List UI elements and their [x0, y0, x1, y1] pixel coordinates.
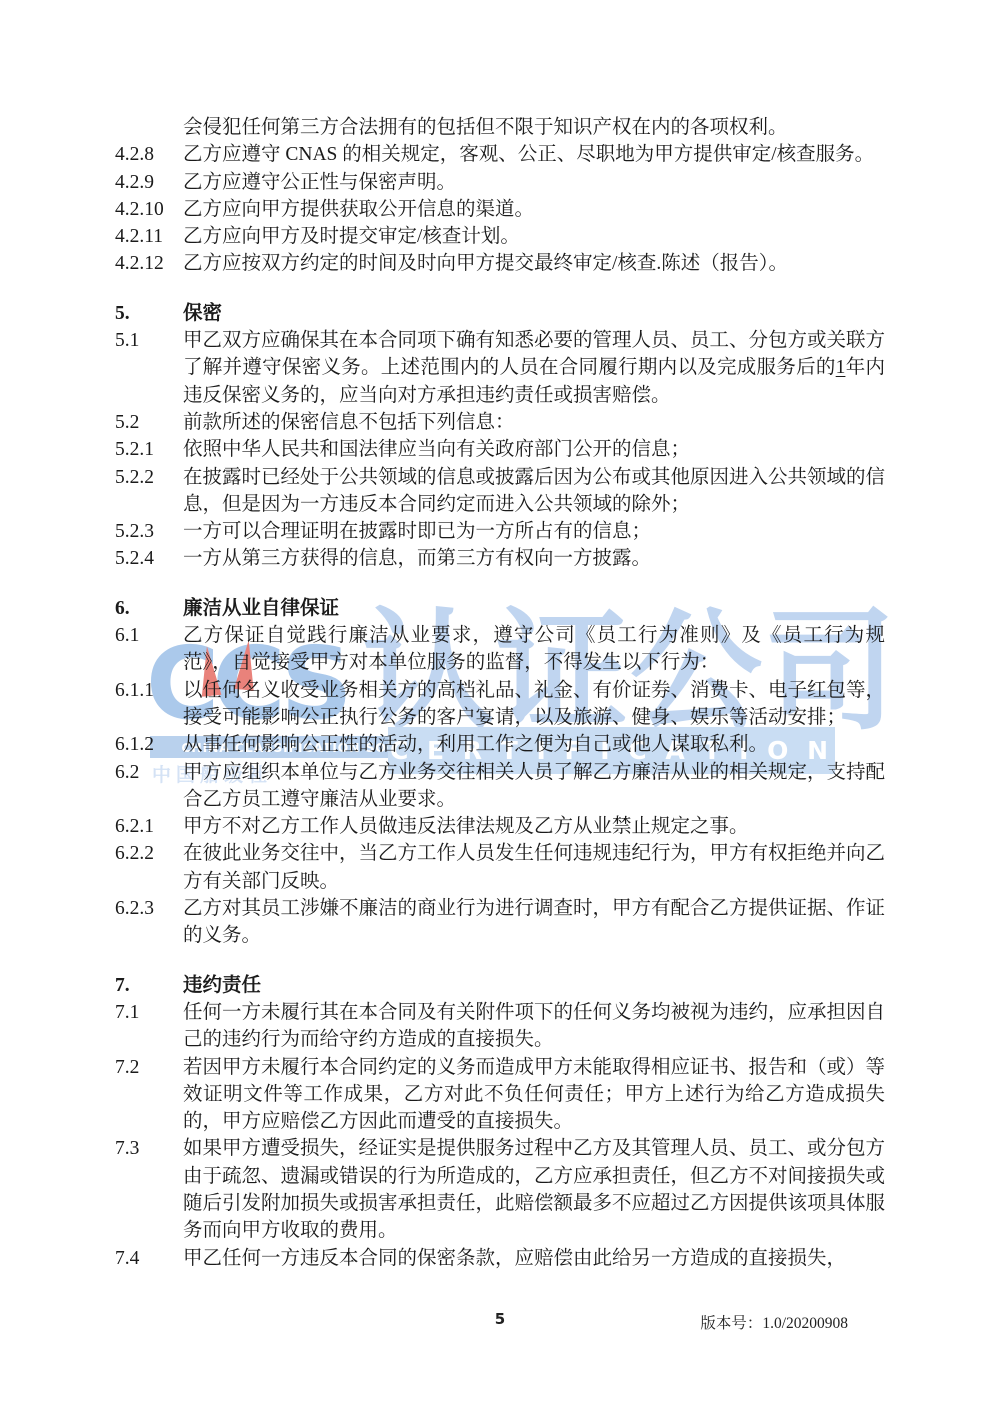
- clause-text: 依照中华人民共和国法律应当向有关政府部门公开的信息；: [183, 436, 885, 463]
- clause-number: 7.1: [115, 999, 183, 1054]
- section-title: 违约责任: [183, 972, 885, 999]
- page-number: 5: [0, 1310, 1000, 1328]
- clause-text: 从事任何影响公正性的活动，利用工作之便为自己或他人谋取私利。: [183, 731, 885, 758]
- clause-text: 乙方应按双方约定的时间及时向甲方提交最终审定/核查.陈述（报告）。: [183, 250, 885, 277]
- clause-text-pre: 甲乙双方应确保其在本合同项下确有知悉必要的管理人员、员工、分包方或关联方了解并遵…: [183, 330, 885, 378]
- clause-text: 乙方应向甲方提供获取公开信息的渠道。: [183, 196, 885, 223]
- clause-number: 4.2.9: [115, 169, 183, 196]
- clause-text: 如果甲方遭受损失，经证实是提供服务过程中乙方及其管理人员、员工、或分包方由于疏忽…: [183, 1135, 885, 1244]
- clause-7-2: 7.2 若因甲方未履行本合同约定的义务而造成甲方未能取得相应证书、报告和（或）等…: [115, 1054, 885, 1136]
- clause-text: 甲乙双方应确保其在本合同项下确有知悉必要的管理人员、员工、分包方或关联方了解并遵…: [183, 327, 885, 409]
- clause-text: 甲乙任何一方违反本合同的保密条款，应赔偿由此给另一方造成的直接损失，: [183, 1245, 885, 1272]
- clause-number: 5.2.4: [115, 545, 183, 572]
- clause-number: 6.2.1: [115, 813, 183, 840]
- clause-5-2: 5.2 前款所述的保密信息不包括下列信息：: [115, 409, 885, 436]
- clause-text: 前款所述的保密信息不包括下列信息：: [183, 409, 885, 436]
- clause-text: 一方可以合理证明在披露时即已为一方所占有的信息；: [183, 518, 885, 545]
- clause-text: 乙方应遵守公正性与保密声明。: [183, 169, 885, 196]
- clause-5-2-1: 5.2.1 依照中华人民共和国法律应当向有关政府部门公开的信息；: [115, 436, 885, 463]
- clause-number: 6.1: [115, 622, 183, 677]
- section-title: 保密: [183, 300, 885, 327]
- section-number: 6.: [115, 595, 183, 622]
- clause-text: 一方从第三方获得的信息，而第三方有权向一方披露。: [183, 545, 885, 572]
- clause-5-2-3: 5.2.3 一方可以合理证明在披露时即已为一方所占有的信息；: [115, 518, 885, 545]
- clause-number: 4.2.8: [115, 141, 183, 168]
- clause-text: 若因甲方未履行本合同约定的义务而造成甲方未能取得相应证书、报告和（或）等效证明文…: [183, 1054, 885, 1136]
- section-heading-6: 6. 廉洁从业自律保证: [115, 595, 885, 622]
- clause-number: 5.2.2: [115, 464, 183, 519]
- clause-number: 7.2: [115, 1054, 183, 1136]
- clause-number: 6.1.2: [115, 731, 183, 758]
- clause-number: 6.2.3: [115, 895, 183, 950]
- clause-text: 甲方应组织本单位与乙方业务交往相关人员了解乙方廉洁从业的相关规定，支持配合乙方员…: [183, 759, 885, 814]
- clause-6-1-2: 6.1.2 从事任何影响公正性的活动，利用工作之便为自己或他人谋取私利。: [115, 731, 885, 758]
- clause-number: 7.3: [115, 1135, 183, 1244]
- clause-number: 5.2: [115, 409, 183, 436]
- clause-4-2-9: 4.2.9 乙方应遵守公正性与保密声明。: [115, 169, 885, 196]
- clause-5-2-4: 5.2.4 一方从第三方获得的信息，而第三方有权向一方披露。: [115, 545, 885, 572]
- clause-4-2-10: 4.2.10 乙方应向甲方提供获取公开信息的渠道。: [115, 196, 885, 223]
- clause-4-2-7-continuation: 会侵犯任何第三方合法拥有的包括但不限于知识产权在内的各项权利。: [115, 114, 885, 141]
- clause-text: 以任何名义收受业务相关方的高档礼品、礼金、有价证券、消费卡、电子红包等，接受可能…: [183, 677, 885, 732]
- clause-6-1: 6.1 乙方保证自觉践行廉洁从业要求，遵守公司《员工行为准则》及《员工行为规范》…: [115, 622, 885, 677]
- underlined-value: 1: [836, 357, 846, 378]
- clause-7-3: 7.3 如果甲方遭受损失，经证实是提供服务过程中乙方及其管理人员、员工、或分包方…: [115, 1135, 885, 1244]
- version-number: 版本号：1.0/20200908: [700, 1311, 848, 1333]
- clause-number: 5.2.3: [115, 518, 183, 545]
- section-title: 廉洁从业自律保证: [183, 595, 885, 622]
- clause-number: 5.2.1: [115, 436, 183, 463]
- clause-number: 6.2.2: [115, 840, 183, 895]
- contract-page: CCS CHINA CLASSIFICATION SOCIETY 中国船级社 认…: [0, 0, 1000, 1414]
- clause-text: 甲方不对乙方工作人员做违反法律法规及乙方从业禁止规定之事。: [183, 813, 885, 840]
- clause-6-2-3: 6.2.3 乙方对其员工涉嫌不廉洁的商业行为进行调查时，甲方有配合乙方提供证据、…: [115, 895, 885, 950]
- section-number: 5.: [115, 300, 183, 327]
- clause-text: 任何一方未履行其在本合同及有关附件项下的任何义务均被视为违约，应承担因自己的违约…: [183, 999, 885, 1054]
- clause-text: 在彼此业务交往中，当乙方工作人员发生任何违规违纪行为，甲方有权拒绝并向乙方有关部…: [183, 840, 885, 895]
- clause-7-1: 7.1 任何一方未履行其在本合同及有关附件项下的任何义务均被视为违约，应承担因自…: [115, 999, 885, 1054]
- section-number: 7.: [115, 972, 183, 999]
- document-content: 会侵犯任何第三方合法拥有的包括但不限于知识产权在内的各项权利。 4.2.8 乙方…: [115, 114, 885, 1272]
- clause-5-2-2: 5.2.2 在披露时已经处于公共领域的信息或披露后因为公布或其他原因进入公共领域…: [115, 464, 885, 519]
- clause-6-2-2: 6.2.2 在彼此业务交往中，当乙方工作人员发生任何违规违纪行为，甲方有权拒绝并…: [115, 840, 885, 895]
- clause-text: 乙方保证自觉践行廉洁从业要求，遵守公司《员工行为准则》及《员工行为规范》，自觉接…: [183, 622, 885, 677]
- clause-6-2-1: 6.2.1 甲方不对乙方工作人员做违反法律法规及乙方从业禁止规定之事。: [115, 813, 885, 840]
- clause-text: 乙方应向甲方及时提交审定/核查计划。: [183, 223, 885, 250]
- clause-number: 6.2: [115, 759, 183, 814]
- clause-6-1-1: 6.1.1 以任何名义收受业务相关方的高档礼品、礼金、有价证券、消费卡、电子红包…: [115, 677, 885, 732]
- clause-number: 6.1.1: [115, 677, 183, 732]
- clause-number: 4.2.11: [115, 223, 183, 250]
- clause-number: 4.2.12: [115, 250, 183, 277]
- clause-number: 7.4: [115, 1245, 183, 1272]
- clause-4-2-12: 4.2.12 乙方应按双方约定的时间及时向甲方提交最终审定/核查.陈述（报告）。: [115, 250, 885, 277]
- clause-4-2-8: 4.2.8 乙方应遵守 CNAS 的相关规定，客观、公正、尽职地为甲方提供审定/…: [115, 141, 885, 168]
- clause-4-2-11: 4.2.11 乙方应向甲方及时提交审定/核查计划。: [115, 223, 885, 250]
- clause-7-4: 7.4 甲乙任何一方违反本合同的保密条款，应赔偿由此给另一方造成的直接损失，: [115, 1245, 885, 1272]
- clause-number: 4.2.10: [115, 196, 183, 223]
- clause-number: 5.1: [115, 327, 183, 409]
- section-heading-5: 5. 保密: [115, 300, 885, 327]
- section-heading-7: 7. 违约责任: [115, 972, 885, 999]
- clause-text: 在披露时已经处于公共领域的信息或披露后因为公布或其他原因进入公共领域的信息，但是…: [183, 464, 885, 519]
- clause-6-2: 6.2 甲方应组织本单位与乙方业务交往相关人员了解乙方廉洁从业的相关规定，支持配…: [115, 759, 885, 814]
- clause-5-1: 5.1 甲乙双方应确保其在本合同项下确有知悉必要的管理人员、员工、分包方或关联方…: [115, 327, 885, 409]
- clause-text: 乙方对其员工涉嫌不廉洁的商业行为进行调查时，甲方有配合乙方提供证据、作证的义务。: [183, 895, 885, 950]
- clause-text: 乙方应遵守 CNAS 的相关规定，客观、公正、尽职地为甲方提供审定/核查服务。: [183, 141, 885, 168]
